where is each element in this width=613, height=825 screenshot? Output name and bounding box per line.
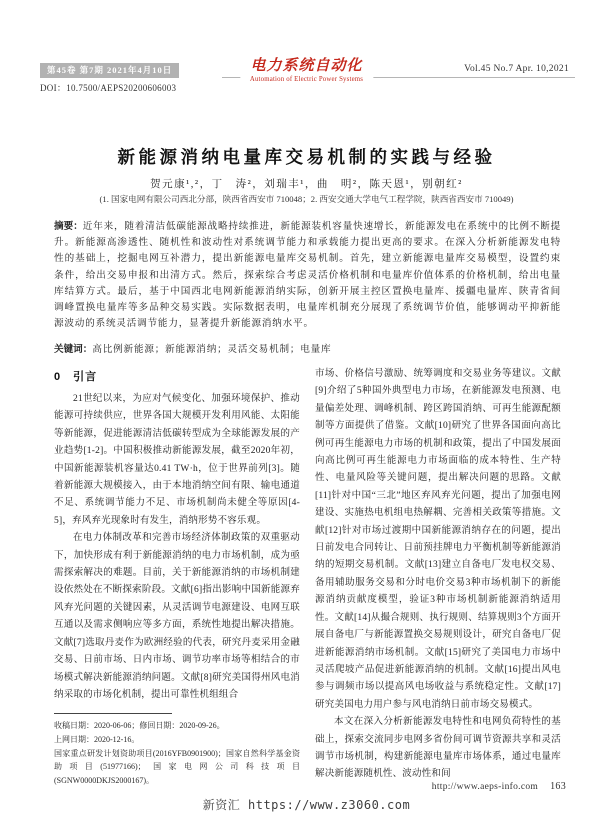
right-column: 市场、价格信号激励、统筹调度和交易业务等建议。文献[9]介绍了5种国外典型电力市… xyxy=(315,366,561,790)
watermark-text: 新资汇 https://www.z3060.com xyxy=(0,796,613,813)
journal-url: http://www.aeps-info.com xyxy=(432,782,538,792)
volume-info: Vol.45 No.7 Apr. 10,2021 xyxy=(460,64,573,74)
footnote-online-date: 上网日期：2020-12-16。 xyxy=(54,733,300,747)
section-heading-introduction: 0 引言 xyxy=(54,368,300,384)
body-columns: 0 引言 21世纪以来，为应对气候变化、加强环境保护、推动能源可持续供应，世界各… xyxy=(54,366,561,790)
affiliation-line: (1. 国家电网有限公司西北分部，陕西省西安市 710048；2. 西安交通大学… xyxy=(0,193,613,205)
left-paragraph-2: 在电力体制改革和完善市场经济体制政策的双重驱动下，加快形成有利于新能源消纳的电力… xyxy=(54,530,300,704)
right-paragraph-1: 市场、价格信号激励、统筹调度和交易业务等建议。文献[9]介绍了5种国外典型电力市… xyxy=(315,366,561,714)
left-paragraph-1: 21世纪以来，为应对气候变化、加强环境保护、推动能源可持续供应，世界各国大规模开… xyxy=(54,391,300,530)
abstract-block: 摘要：近年来，随着清洁低碳能源战略持续推进，新能源装机容量快速增长，新能源发电在… xyxy=(54,219,561,332)
page-footer: http://www.aeps-info.com163 xyxy=(432,781,566,792)
doi-text: DOI：10.7500/AEPS20200606003 xyxy=(40,81,176,94)
issue-badge: 第45卷 第7期 2021年4月10日 xyxy=(40,63,179,78)
journal-page: 第45卷 第7期 2021年4月10日 DOI：10.7500/AEPS2020… xyxy=(0,0,613,825)
keywords-text: 高比例新能源；新能源消纳；灵活交易机制；电量库 xyxy=(92,344,331,355)
left-column: 0 引言 21世纪以来，为应对气候变化、加强环境保护、推动能源可持续供应，世界各… xyxy=(54,366,300,790)
author-list: 贺元康¹,²，丁 涛²，刘瑞丰¹，曲 明²，陈天恩¹，别朝红² xyxy=(0,176,613,191)
journal-logo-cn: 电力系统自动化 xyxy=(250,58,363,75)
footnote-funding: 国家重点研发计划资助项目(2016YFB0901900)；国家自然科学基金资助项… xyxy=(54,747,300,788)
footnote-separator xyxy=(54,713,172,714)
journal-logo: 电力系统自动化 Automation of Electric Power Sys… xyxy=(240,58,373,84)
page-number: 163 xyxy=(550,781,566,792)
journal-logo-en: Automation of Electric Power Systems xyxy=(250,75,363,84)
keywords-block: 关键词：高比例新能源；新能源消纳；灵活交易机制；电量库 xyxy=(54,341,561,355)
footnote-received-dates: 收稿日期：2020-06-06；修回日期：2020-09-26。 xyxy=(54,719,300,733)
right-paragraph-2: 本文在深入分析新能源发电特性和电网负荷特性的基础上，探索交流同步电网多省份间可调… xyxy=(315,714,561,784)
article-title: 新能源消纳电量库交易机制的实践与经验 xyxy=(0,144,613,169)
abstract-text: 近年来，随着清洁低碳能源战略持续推进，新能源装机容量快速增长，新能源发电在系统中… xyxy=(54,221,561,329)
abstract-label: 摘要： xyxy=(54,221,83,232)
keywords-label: 关键词： xyxy=(54,344,92,355)
footnote-block: 收稿日期：2020-06-06；修回日期：2020-09-26。 上网日期：20… xyxy=(54,719,300,787)
